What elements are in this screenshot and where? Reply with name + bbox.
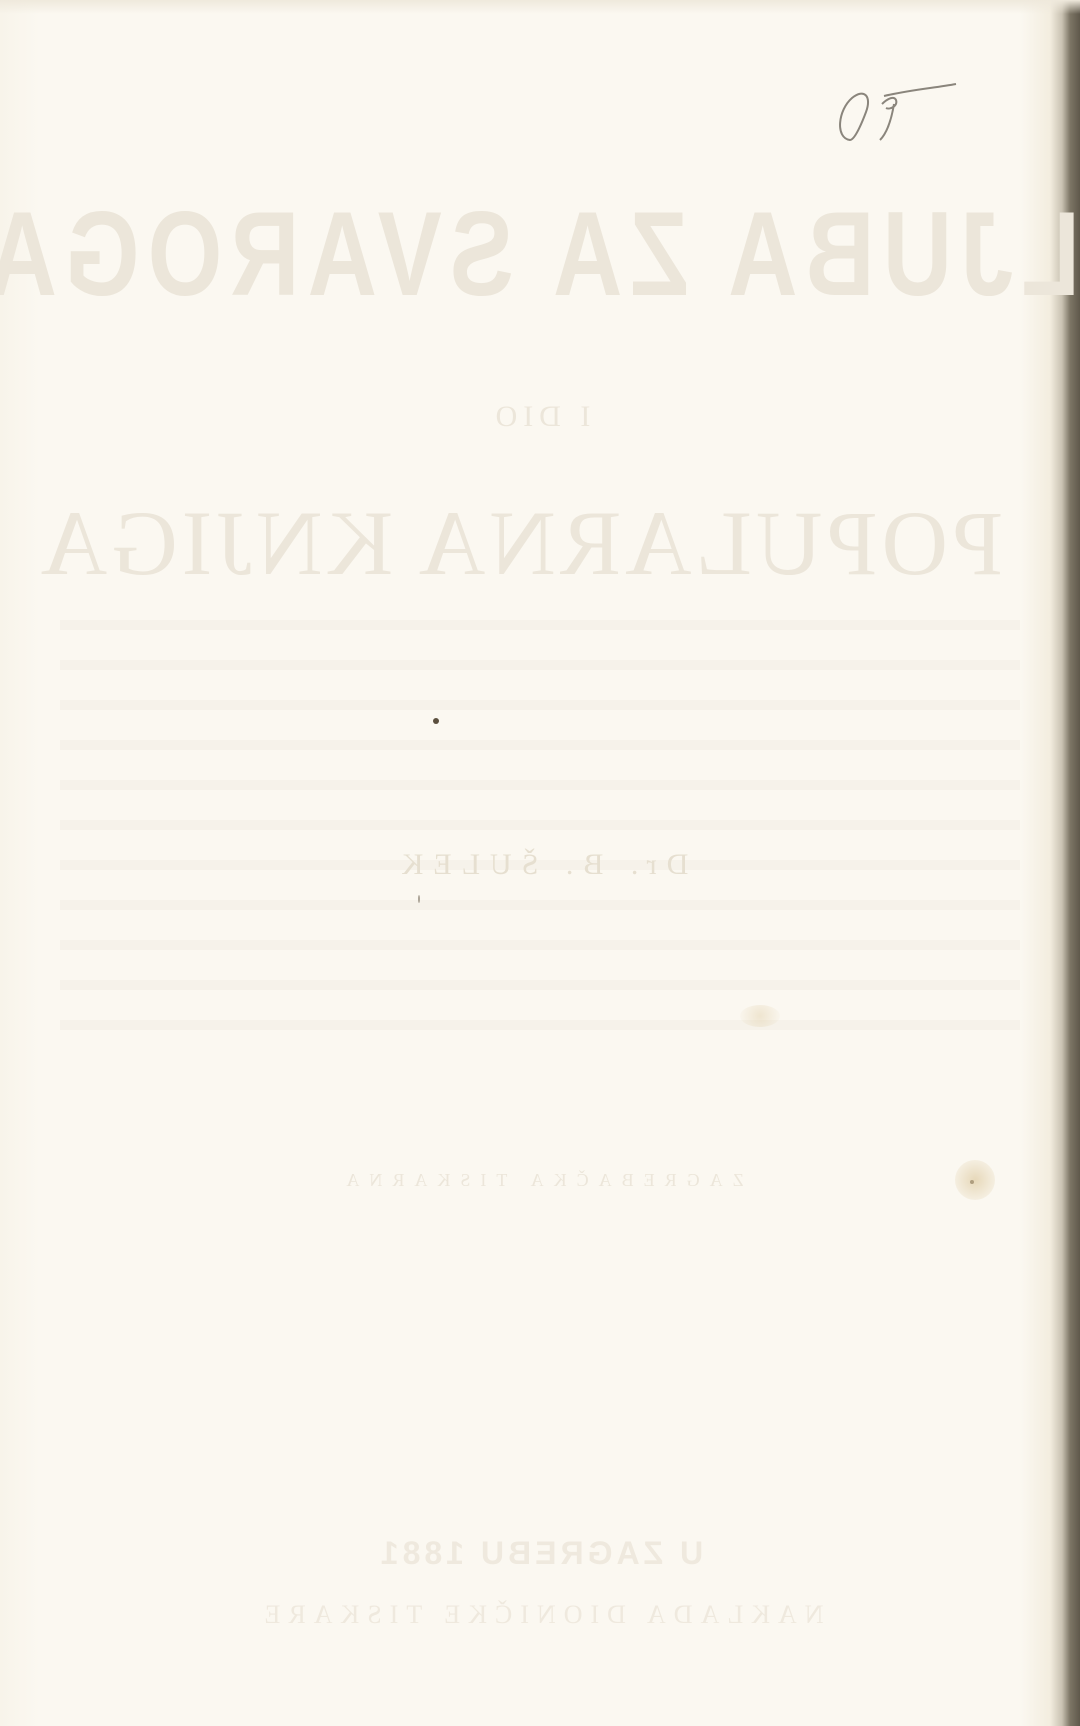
show-through-place-year: U ZAGREBU 1881 [0, 1535, 1080, 1572]
foxing-stain [740, 1005, 780, 1027]
show-through-small-line: ZAGREBAČKA TISKARNA [0, 1170, 1080, 1191]
foxing-stain [955, 1160, 995, 1200]
page-top-edge [0, 0, 1080, 14]
show-through-publisher: NAKLADA DIONIČKE TISKARE [0, 1600, 1080, 1630]
show-through-title: LJUBA ZA SVAROGA [0, 186, 1080, 324]
show-through-subtitle: I DIO [0, 400, 1080, 434]
scanned-page: LJUBA ZA SVAROGA I DIO POPULARNA KNJIGA … [0, 0, 1080, 1726]
show-through-author: Dr. B. ŠULEK [0, 848, 1080, 882]
paper-speck [433, 718, 439, 724]
handwritten-mark [830, 80, 960, 150]
show-through-body-lines [60, 590, 1020, 1050]
paper-speck [418, 895, 420, 903]
show-through-heading: POPULARNA KNJIGA [0, 490, 1060, 596]
